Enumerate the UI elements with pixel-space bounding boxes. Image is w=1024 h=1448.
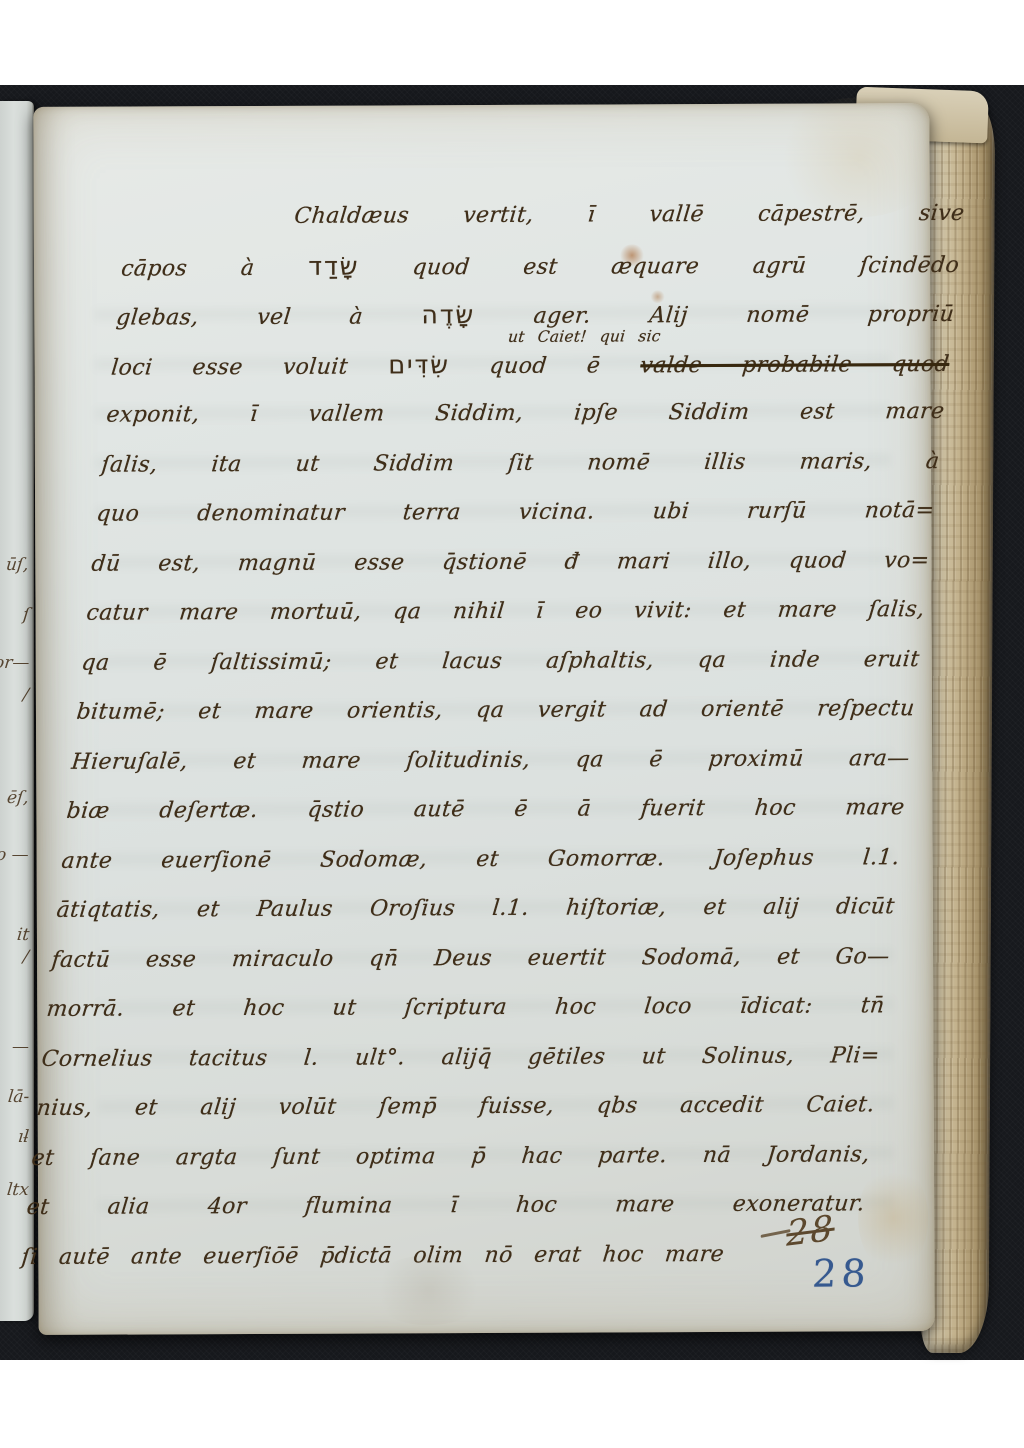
marginal-fragment: / — [22, 685, 30, 705]
hebrew-word: שָׂדַד — [308, 241, 359, 291]
marginal-fragment: — — [11, 1037, 30, 1057]
latin-text: et alia 4or flumina ī hoc mare exoneratu… — [25, 1191, 866, 1220]
manuscript-line: catur mare mortuū, qa nihil ī eo vivit: … — [84, 585, 927, 638]
marginal-fragment: or— — [0, 653, 30, 673]
latin-text: factū esse miraculo qn̄ Deus euertit Sod… — [50, 944, 891, 973]
manuscript-line: et alia 4or flumina ī hoc mare exoneratu… — [24, 1179, 867, 1232]
manuscript-line: Cornelius tacitus l. ult°. alijq̄ gētile… — [39, 1031, 882, 1084]
manuscript-line: factū esse miraculo qn̄ Deus euertit Sod… — [49, 932, 892, 985]
manuscript-page: Chaldæus vertit, ī vallē cāpestrē, sivec… — [33, 103, 934, 1335]
latin-text: morrā. et hoc ut ſcriptura hoc loco īdic… — [45, 993, 886, 1022]
screenshot-canvas: ūſ,ſor—/ēſ,o —it/—lā-ıƚltx Chaldæus vert… — [0, 0, 1024, 1448]
latin-text: ātiqtatis, et Paulus Oroſius l.1. hiſtor… — [55, 894, 896, 923]
latin-text: Chaldæus vertit, ī vallē cāpestrē, sive — [293, 201, 966, 229]
manuscript-line: exponit, ī vallem Siddim, ipſe Siddim es… — [104, 387, 947, 440]
latin-text: catur mare mortuū, qa nihil ī eo vivit: … — [85, 597, 926, 626]
latin-text: quo denominatur terra vicina. ubi rurſū … — [95, 498, 936, 527]
latin-text: Hieruſalē, et mare ſolitudinis, qa ē pro… — [70, 746, 911, 775]
latin-text: ante euerſionē Sodomæ, et Gomorræ. Joſep… — [60, 845, 901, 874]
marginal-fragment: lā- — [7, 1087, 30, 1107]
latin-text: bitumē; et mare orientis, qa vergit ad o… — [75, 696, 916, 725]
latin-text: loci esse voluit — [110, 354, 389, 380]
latin-text: exponit, ī vallem Siddim, ipſe Siddim es… — [105, 399, 946, 428]
manuscript-line: et ſane argta ſunt optima p̄ hac parte. … — [29, 1130, 872, 1183]
manuscript-line: qa ē ſaltissimū; et lacus aſphaltis, qa … — [79, 635, 922, 688]
latin-text: cāpos à — [120, 255, 309, 281]
latin-text: glebas, vel à — [115, 304, 423, 330]
manuscript-line: bitumē; et mare orientis, qa vergit ad o… — [74, 684, 917, 737]
manuscript-line: ātiqtatis, et Paulus Oroſius l.1. hiſtor… — [54, 882, 897, 935]
marginal-fragment: ūſ, — [5, 555, 30, 575]
marginal-fragment: o — — [0, 845, 30, 865]
manuscript-line: ante euerſionē Sodomæ, et Gomorræ. Joſep… — [59, 833, 902, 886]
marginal-fragment: ıƚ — [17, 1127, 30, 1147]
interlinear-insertion: ut Caiet! qui sic — [507, 328, 661, 345]
folio-number-stamp: 28 — [811, 1251, 872, 1295]
folio-number-old: 28 — [786, 1208, 835, 1255]
hebrew-word: שִׂדִּים — [388, 340, 450, 390]
manuscript-line: morrā. et hoc ut ſcriptura hoc loco īdic… — [44, 981, 887, 1034]
latin-text: et ſane argta ſunt optima p̄ hac parte. … — [30, 1142, 871, 1171]
struck-text: valde probabile quod — [639, 351, 950, 377]
latin-text: qa ē ſaltissimū; et lacus aſphaltis, qa … — [80, 647, 921, 676]
manuscript-line: dū est, magnū esse q̄stionē đ mari illo,… — [89, 536, 932, 589]
manuscript-line: ſalis, ita ut Siddim ſit nomē illis mari… — [99, 436, 942, 489]
facing-page-edge: ūſ,ſor—/ēſ,o —it/—lā-ıƚltx — [0, 101, 34, 1321]
marginal-fragment: it — [16, 925, 30, 945]
latin-text: ſalis, ita ut Siddim ſit nomē illis mari… — [100, 449, 941, 478]
latin-text: dū est, magnū esse q̄stionē đ mari illo,… — [90, 548, 931, 577]
marginal-fragment: / — [22, 947, 30, 967]
marginal-fragment: ltx — [6, 1180, 30, 1200]
manuscript-line: loci esse voluit שִׂדִּים quod ē valde p… — [109, 337, 952, 390]
latin-text: biæ deſertæ. q̄stio autē ē ā fuerit hoc … — [65, 795, 906, 824]
manuscript-line: nius, et alij volūt ſemp̄ fuisse, qbs ac… — [34, 1080, 877, 1133]
manuscript-line: Chaldæus vertit, ī vallē cāpestrē, sive — [124, 189, 967, 242]
latin-text: Cornelius tacitus l. ult°. alijq̄ gētile… — [40, 1043, 881, 1072]
photo-background: ūſ,ſor—/ēſ,o —it/—lā-ıƚltx Chaldæus vert… — [0, 85, 1024, 1360]
marginal-fragment: ſ — [22, 605, 30, 625]
manuscript-line: quo denominatur terra vicina. ubi rurſū … — [94, 486, 937, 539]
marginal-fragment: ēſ, — [6, 788, 30, 808]
hebrew-word: שָׂדֶה — [422, 290, 476, 340]
manuscript-line: cāpos à שָׂדַד quod est æquare agrū ſcin… — [119, 238, 962, 291]
latin-text: quod ē — [448, 353, 641, 379]
manuscript-line: Hieruſalē, et mare ſolitudinis, qa ē pro… — [69, 734, 912, 787]
manuscript-text: Chaldæus vertit, ī vallē cāpestrē, sivec… — [19, 189, 967, 1282]
latin-text: ſi autē ante euerſiōē p̄dictā olim nō er… — [20, 1241, 725, 1269]
latin-text: ager. Alij nomē propriū — [474, 302, 956, 329]
latin-text: quod est æquare agrū ſcindēdo — [358, 252, 961, 280]
latin-text: nius, et alij volūt ſemp̄ fuisse, qbs ac… — [35, 1092, 876, 1121]
manuscript-line: ſi autē ante euerſiōē p̄dictā olim nō er… — [19, 1229, 862, 1282]
manuscript-line: biæ deſertæ. q̄stio autē ē ā fuerit hoc … — [64, 783, 907, 836]
